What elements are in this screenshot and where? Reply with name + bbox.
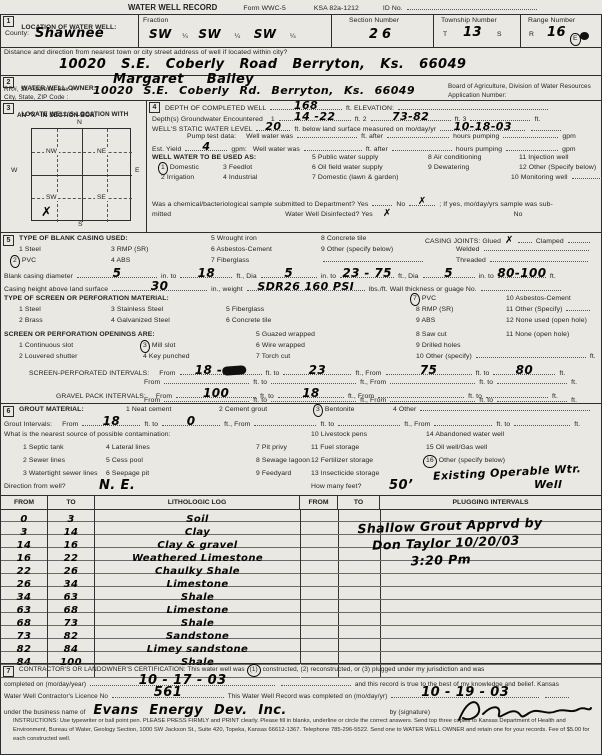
est-yield-fill: 4 [185, 143, 227, 151]
dotted-leader [497, 399, 567, 402]
board-of-agriculture-label: Board of Agriculture, Division of Water … [448, 83, 591, 91]
quadrant-se: SE [95, 194, 108, 201]
dotted-leader [164, 399, 249, 402]
static-level-value: 20 [265, 121, 281, 132]
lith-table-row: 2634Limestone [1, 574, 300, 587]
ink-scribble [222, 365, 247, 376]
to2-fill: 23 - 75 [340, 270, 394, 278]
screen-option-7: 7 PVC [413, 295, 436, 303]
dotted-leader [390, 399, 475, 402]
screen-option-6: 6 Concrete tile [226, 317, 271, 325]
business-name-label: under the business name of [4, 709, 85, 716]
gw-2-fill: 73-82 [371, 113, 451, 121]
pump-test-line: Pump test data: Well water was ft. after… [187, 133, 576, 141]
section-5-casing: 5 TYPE OF BLANK CASING USED: 5 Wrought i… [0, 232, 602, 404]
section-3-title-2: AN "X" IN SECTION BOX: [17, 112, 97, 120]
lith-table-row: 6873Shale [1, 613, 300, 626]
grout-intervals-label: Grout Intervals: [4, 421, 52, 428]
range-east: E [573, 27, 589, 45]
dotted-leader [484, 248, 589, 251]
table-cell [381, 587, 601, 599]
table-cell [301, 626, 339, 638]
grout-title-line: 6 GROUT MATERIAL: [3, 406, 84, 417]
county-label: County: [5, 30, 29, 38]
ft-elevation-label: ft. ELEVATION: [346, 105, 394, 112]
dia2-fill: 5 [261, 270, 317, 278]
section-6-grout: 6 GROUT MATERIAL: 1 Neat cement 2 Cement… [0, 403, 602, 496]
measured-date-fill: 10-18-03 [440, 123, 525, 131]
casing-height-fill: 30 [112, 283, 207, 291]
table-cell [301, 587, 339, 599]
static-level-fill: 20 [256, 123, 290, 131]
lith-from-header: FROM [1, 496, 48, 509]
spi1-to-fill: 23 [283, 367, 351, 375]
gw-2-label: ft. 2 [355, 116, 367, 123]
ft-label: ft. [590, 353, 596, 360]
section-5-title: TYPE OF BLANK CASING USED: [19, 235, 128, 242]
dia3-value: 5 [444, 267, 453, 279]
dotted-leader [490, 259, 588, 262]
casing-option-1: 1 Steel [19, 246, 41, 254]
casing-option-6: 6 Asbestos-Cement [211, 246, 272, 254]
id-no-label: ID No. [383, 5, 403, 12]
table-cell [301, 613, 339, 625]
lith-table-row: 2226Chaulky Shale [1, 561, 300, 574]
casing-joints-glued-label: CASING JOINTS: Glued [425, 238, 501, 245]
use-option-6: 6 Oil field water supply [312, 164, 383, 172]
grout-3-circled-number: 3 [316, 406, 320, 414]
use-option-5: 5 Public water supply [312, 154, 378, 162]
table-cell [301, 639, 339, 651]
direction-value: N. E. [99, 478, 135, 493]
spi1-from-value: 18 - [195, 364, 246, 376]
compass-n: N [77, 119, 82, 127]
in-weight-label: in., weight [211, 286, 243, 293]
grout-option-1: 1 Neat cement [126, 406, 172, 414]
grout-intervals-line: Grout Intervals: From 18 ft. to 0 ft., F… [4, 418, 580, 429]
contam-option-15: 15 Oil well/Gas well [426, 444, 487, 452]
section-7-number: 7 [3, 666, 14, 677]
section-6-title: GROUT MATERIAL: [19, 406, 84, 413]
section-3-locate: 3 LOCATE WELL'S LOCATION WITH AN "X" IN … [0, 100, 147, 233]
grout-3-label: Bentonite [325, 406, 355, 413]
form-statute: KSA 82a-1212 [314, 5, 359, 12]
ft-to-label: ft. to [253, 379, 267, 386]
opening-option-10: 10 Other (specify) ft. [416, 353, 596, 361]
dotted-leader [338, 423, 400, 426]
groundwater-label: Depth(s) Groundwater Encountered [152, 116, 263, 123]
certification-line-1: 7 CONTRACTOR'S OR LANDOWNER'S CERTIFICAT… [3, 666, 484, 677]
ft-to-label: ft. to [476, 370, 490, 377]
ft-after-label: ft. after [366, 146, 388, 153]
ft-label: ft. [574, 421, 580, 428]
screen-option-4: 4 Galvanized Steel [111, 317, 170, 325]
ft-to-label: ft. to [266, 370, 280, 377]
plug-table-row [301, 574, 601, 587]
dotted-leader [518, 240, 532, 243]
dotted-leader [164, 381, 249, 384]
well-water-was-label: Well water was [253, 146, 300, 153]
grout-4-label: 4 Other [393, 406, 416, 413]
in-to-label: in. to [479, 273, 494, 280]
dotted-leader [568, 240, 590, 243]
grout-to-value: 0 [187, 415, 196, 427]
opening-option-11: 11 None (open hole) [506, 331, 569, 339]
compass-w: W [11, 167, 18, 175]
screen-option-1: 1 Steel [19, 306, 41, 314]
contam-option-8: 8 Sewage lagoon [256, 457, 310, 465]
to1-fill: 18 [180, 270, 232, 278]
glued-x: ✗ [505, 235, 514, 246]
casing-option-8: 8 Concrete tile [321, 235, 366, 243]
gw-1-value: 14 -22 [294, 111, 335, 122]
casing-option-2: 2 PVC [13, 257, 36, 265]
to3-value: 80-100 [497, 267, 546, 279]
screen-7-circled-number: 7 [413, 295, 417, 303]
section-5-number: 5 [3, 235, 14, 246]
contam-option-1: 1 Septic tank [23, 444, 64, 452]
use-option-4: 4 Industrial [223, 174, 257, 182]
compass-e: E [135, 167, 140, 175]
contam-option-4: 4 Lateral lines [106, 444, 150, 452]
lith-to-header: TO [48, 496, 95, 509]
dotted-leader [392, 148, 452, 151]
plugging-intervals-header: PLUGGING INTERVALS [380, 496, 601, 509]
quadrant-ne: NE [95, 148, 108, 155]
to2-value: 23 - 75 [342, 267, 392, 279]
sample-question: Was a chemical/bacteriological sample su… [152, 201, 368, 208]
license-value: 561 [154, 686, 182, 699]
contam-option-5: 5 Cess pool [106, 457, 143, 465]
fraction-2: SW [198, 27, 221, 41]
mitted-label: mitted [152, 211, 171, 218]
dotted-leader [254, 423, 316, 426]
casing-option-7: 7 Fiberglass [211, 257, 249, 265]
use-option-2: 2 Irrigation [161, 174, 194, 182]
measured-date-value: 10-18-03 [454, 121, 512, 132]
form-title: WATER WELL RECORD [128, 3, 217, 12]
screen-option-8: 8 RMP (SR) [416, 306, 454, 314]
quarter-symbol: ¼ [182, 33, 188, 40]
table-cell [301, 509, 339, 521]
opening-option-9: 9 Drilled holes [416, 342, 461, 350]
clamped-label: Clamped [536, 238, 564, 245]
county-value: Shawnee [35, 26, 104, 41]
use-option-10: 10 Monitoring well [511, 174, 602, 182]
no-label: No [396, 201, 405, 208]
table-cell [301, 522, 339, 534]
est-yield-label: Est. Yield [152, 146, 181, 153]
from-label: From [62, 421, 78, 428]
dia3-fill: 5 [423, 270, 475, 278]
lith-table-row: 314Clay [1, 522, 300, 535]
opening-3-circled-number: 3 [143, 342, 147, 350]
static-level-label: WELL'S STATIC WATER LEVEL [152, 126, 252, 133]
table-cell [301, 600, 339, 612]
section-box-diagram: NW NE SW SE ✗ [31, 128, 131, 221]
ft-to-label: ft. to [144, 421, 158, 428]
screen-option-2: 2 Brass [19, 317, 43, 325]
casing-option-9: 9 Other (specify below) [321, 246, 393, 254]
table-cell [301, 561, 339, 573]
table-cell [381, 626, 601, 638]
ft-from-label: ft., From [404, 421, 430, 428]
well-address-value: 10020 S.E. Coberly Road Berryton, Ks. 66… [59, 57, 466, 72]
table-cell [339, 574, 381, 586]
screen-intervals-line-1: SCREEN-PERFORATED INTERVALS: From 18 - f… [29, 367, 565, 378]
compass-s: S [78, 221, 83, 229]
lith-table-row: 3463Shale [1, 587, 300, 600]
section-number-label: Section Number [349, 17, 399, 25]
how-many-feet-label: How many feet? [311, 483, 362, 491]
column-divider [433, 15, 434, 48]
grout-option-3: 3 Bentonite [316, 406, 355, 414]
plug-from-header: FROM [300, 496, 338, 509]
dia2-value: 5 [284, 267, 293, 279]
use-10-label: 10 Monitoring well [511, 174, 568, 181]
township-value: 13 [463, 25, 482, 40]
ft-label: ft. [571, 379, 577, 386]
no-label: No [514, 211, 523, 218]
plug-table-row [301, 587, 601, 600]
gravel-pack-label: GRAVEL PACK INTERVALS: [56, 393, 146, 400]
lithologic-log-header: LITHOLOGIC LOG [95, 496, 300, 509]
use-option-11: 11 Injection well [519, 154, 569, 162]
ft-to-label: ft. to [479, 379, 493, 386]
quadrant-sw: SW [44, 194, 58, 201]
table-cell [381, 600, 601, 612]
range-value: 16 [547, 25, 566, 40]
screen-material-title: TYPE OF SCREEN OR PERFORATION MATERIAL: [4, 295, 169, 303]
disinfected-yes-x: ✗ [383, 208, 392, 219]
table-cell [381, 639, 601, 651]
half-line [32, 175, 132, 176]
table-cell [339, 600, 381, 612]
column-divider [520, 15, 521, 48]
hours-pumping-label: hours pumping [456, 146, 502, 153]
table-cell [381, 574, 601, 586]
table-cell [339, 587, 381, 599]
ft-dia-label: ft., Dia [398, 273, 418, 280]
ft-after-label: ft. after [361, 133, 383, 140]
casing-title-line: 5 TYPE OF BLANK CASING USED: [3, 235, 128, 246]
completed-on-label: completed on (mo/day/year) [4, 681, 86, 688]
plug-to-header: TO [338, 496, 380, 509]
dotted-leader [304, 148, 362, 151]
instructions-text: INSTRUCTIONS: Use typewriter or ball poi… [13, 717, 597, 744]
ft-label: ft. [534, 116, 540, 123]
disinfected-question: Water Well Disinfected? Yes [285, 211, 373, 218]
use-option-12: 12 Other (Specify below) [519, 164, 596, 172]
water-well-record-form: WATER WELL RECORD Form WWC-5 KSA 82a-121… [0, 0, 602, 755]
contam-option-9: 9 Feedyard [256, 470, 291, 478]
contam-option-13: 13 Insecticide storage [311, 470, 379, 478]
dotted-leader [514, 423, 570, 426]
welded-label: Welded [456, 246, 480, 253]
dotted-leader [503, 135, 558, 138]
constructed-circled-option: (1) [250, 666, 258, 674]
gpm-colon-label: gpm: [231, 146, 247, 153]
contam-other-value-2: Well [534, 478, 562, 491]
screen-option-10: 10 Asbestos-Cement [506, 295, 571, 303]
opening-option-5: 5 Guazed wrapped [256, 331, 315, 339]
table-cell [339, 613, 381, 625]
lith-table-row: 1416Clay & gravel [1, 535, 300, 548]
wall-thickness-label: lbs./ft. Wall thickness or guage No. [369, 286, 477, 293]
weight-fill: SDR26 160 PSI [247, 283, 365, 291]
lith-table-row: 6368Limestone [1, 600, 300, 613]
dotted-leader [497, 381, 567, 384]
section-7-certification: 7 CONTRACTOR'S OR LANDOWNER'S CERTIFICAT… [0, 663, 602, 755]
spi2-from-value: 75 [420, 364, 438, 376]
disinfected-line: mitted Water Well Disinfected? Yes ✗ No [152, 208, 522, 221]
dotted-leader [434, 423, 492, 426]
plug-table-row [301, 600, 601, 613]
screen-option-12: 12 None used (open hole) [506, 317, 587, 325]
dotted-leader [420, 408, 590, 411]
use-option-3: 3 Feedlot [223, 164, 252, 172]
table-cell [301, 535, 339, 547]
use-option-1: 1 Domestic [161, 164, 199, 172]
static-level-rest: ft. below land surface measured on mo/da… [294, 126, 436, 133]
casing-option-3: 3 RMP (SR) [111, 246, 149, 254]
dotted-leader [372, 203, 392, 206]
grout-to-fill: 0 [162, 418, 220, 426]
sample-no-x: ✗ [418, 197, 427, 207]
fraction-3: SW [254, 27, 277, 41]
by-signature-label: by (signature) [390, 709, 430, 716]
x-mark: ✗ [41, 205, 52, 220]
dotted-leader [390, 381, 475, 384]
screen-option-5: 5 Fiberglass [226, 306, 264, 314]
in-to-label: in. to [321, 273, 336, 280]
screen-11-label: 11 Other (Specify) [506, 306, 562, 313]
township-t: T [443, 31, 447, 39]
depth-label: DEPTH OF COMPLETED WELL [165, 105, 266, 112]
opening-3-label: Mill slot [152, 342, 176, 349]
quarter-symbol: ¼ [290, 33, 296, 40]
quadrant-nw: NW [44, 148, 59, 155]
section-3-number: 3 [3, 103, 14, 114]
contam-16-label: Other (specify below) [439, 457, 505, 464]
ft-dia-label: ft., Dia [236, 273, 256, 280]
spi2-to-fill: 80 [493, 367, 555, 375]
contam-option-2: 2 Sewer lines [23, 457, 65, 465]
plug-table-row [301, 626, 601, 639]
depth-line: 4 DEPTH OF COMPLETED WELL 168 ft. ELEVAT… [149, 102, 550, 113]
plug-table-row [301, 639, 601, 652]
table-cell [381, 613, 601, 625]
dotted-leader [407, 7, 537, 10]
table-cell [339, 639, 381, 651]
fraction-1: SW [149, 27, 172, 41]
well-water-was-label: Well water was [246, 133, 293, 140]
completed-date-fill: 10 - 17 - 03 [90, 678, 275, 686]
to3-fill: 80-100 [498, 270, 546, 278]
form-number: Form WWC-5 [243, 5, 286, 12]
dotted-leader [323, 259, 423, 262]
spi1-to-value: 23 [309, 364, 327, 376]
section-2-owner: 2 WATER WELL OWNER: Margaret Bailey RR#,… [0, 75, 602, 101]
casing-2-label: PVC [22, 257, 36, 264]
direction-label: Direction from well? [4, 483, 66, 491]
dotted-leader [281, 683, 351, 686]
ink-blot [580, 32, 589, 40]
ft-label: ft. [559, 370, 565, 377]
openings-title: SCREEN OR PERFORATION OPENINGS ARE: [4, 331, 155, 339]
gpm-label: gpm [562, 146, 576, 153]
table-header-row: FROM TO LITHOLOGIC LOG FROM TO PLUGGING … [1, 496, 601, 510]
lith-table-row: 03Soil [1, 509, 300, 522]
lith-table-row: 1622Weathered Limestone [1, 548, 300, 561]
casing-height-value: 30 [151, 280, 169, 292]
form-title-row: WATER WELL RECORD Form WWC-5 KSA 82a-121… [128, 3, 539, 13]
grout-from-value: 18 [103, 415, 121, 427]
pump-test-label: Pump test data: [187, 133, 236, 140]
weight-value: SDR26 160 PSI [257, 281, 354, 292]
use-1-circled-number: 1 [161, 164, 165, 172]
section-number-value: 26 [369, 27, 395, 42]
gw-1-fill: 14 -22 [279, 113, 351, 121]
use-option-9: 9 Dewatering [428, 164, 469, 172]
fraction-values: SW ¼ SW ¼ SW ¼ [149, 25, 305, 43]
sample-question-2: ; If yes, mo/day/yrs sample was sub- [439, 201, 553, 208]
gw-2-value: 73-82 [392, 111, 429, 122]
contam-option-12: 12 Fertilizer storage [311, 457, 373, 465]
quarter-symbol: ¼ [235, 33, 241, 40]
ft-from-label: ft., From [360, 379, 386, 386]
depth-fill: 168 [270, 102, 342, 110]
grout-option-2: 2 Cement grout [219, 406, 267, 414]
casing-option-4: 4 ABS [111, 257, 130, 265]
casing-height-line: Casing height above land surface 30 in.,… [4, 283, 563, 294]
how-many-feet-value: 50’ [389, 478, 413, 493]
table-cell [339, 626, 381, 638]
screen-option-11: 11 Other (Specify) [506, 306, 592, 314]
certification-text-1b: constructed, (2) reconstructed, or (3) p… [263, 666, 485, 673]
plug-table-row [301, 613, 601, 626]
certification-text-1a: CONTRACTOR'S OR LANDOWNER'S CERTIFICATIO… [19, 666, 245, 673]
hours-pumping-label: hours pumping [453, 133, 499, 140]
dotted-leader [531, 128, 561, 131]
ft-label: ft. [550, 273, 556, 280]
ft-from-label: ft., From [224, 421, 250, 428]
spi1-from-fill: 18 - [180, 367, 262, 375]
section-6-number: 6 [3, 406, 14, 417]
threaded-label: Threaded [456, 257, 486, 264]
column-divider [138, 15, 139, 48]
section-1-location: 1 LOCATION OF WATER WELL: County: Shawne… [0, 14, 602, 48]
contam-option-7: 7 Pit privy [256, 444, 287, 452]
casing-2-circled-number: 2 [13, 257, 17, 265]
use-label: WELL WATER TO BE USED AS: [152, 154, 256, 162]
dotted-leader [297, 135, 357, 138]
dotted-leader [271, 381, 356, 384]
welded-line: Welded [456, 246, 591, 254]
application-number-label: Application Number: [448, 92, 507, 100]
opening-option-1: 1 Continuous slot [19, 342, 73, 350]
opening-option-4: 4 Key punched [143, 353, 190, 361]
threaded-line: Threaded [456, 257, 590, 265]
range-east-circled: E [573, 35, 578, 43]
column-divider [331, 15, 332, 48]
spi2-from-fill: 75 [386, 367, 472, 375]
use-option-8: 8 Air conditioning [428, 154, 482, 162]
opening-option-6: 6 Wire wrapped [256, 342, 305, 350]
spi2-to-value: 80 [516, 364, 534, 376]
section-4-depth: 4 DEPTH OF COMPLETED WELL 168 ft. ELEVAT… [146, 100, 602, 233]
grout-option-4: 4 Other [393, 406, 592, 414]
